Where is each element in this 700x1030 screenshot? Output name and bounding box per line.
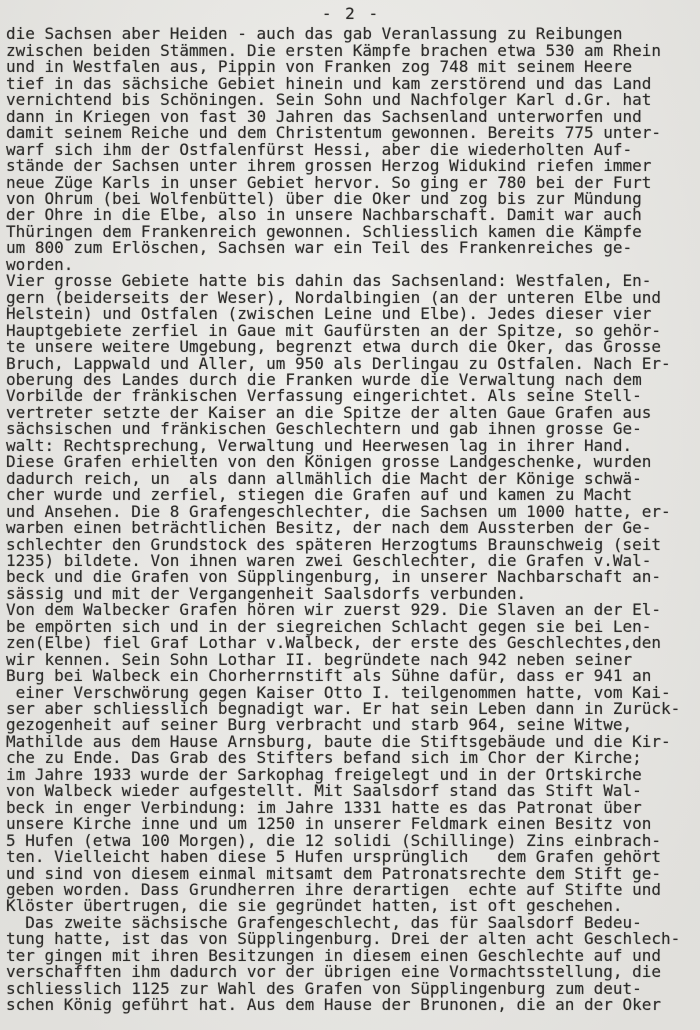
text-line: um 800 zum Erlöschen, Sachsen war ein Te… <box>6 240 696 256</box>
body-text: die Sachsen aber Heiden - auch das gab V… <box>6 26 696 1013</box>
document-page: - 2 - die Sachsen aber Heiden - auch das… <box>0 0 700 1030</box>
text-line: schen König geführt hat. Aus dem Hause d… <box>6 997 696 1013</box>
page-number: - 2 - <box>6 6 696 22</box>
